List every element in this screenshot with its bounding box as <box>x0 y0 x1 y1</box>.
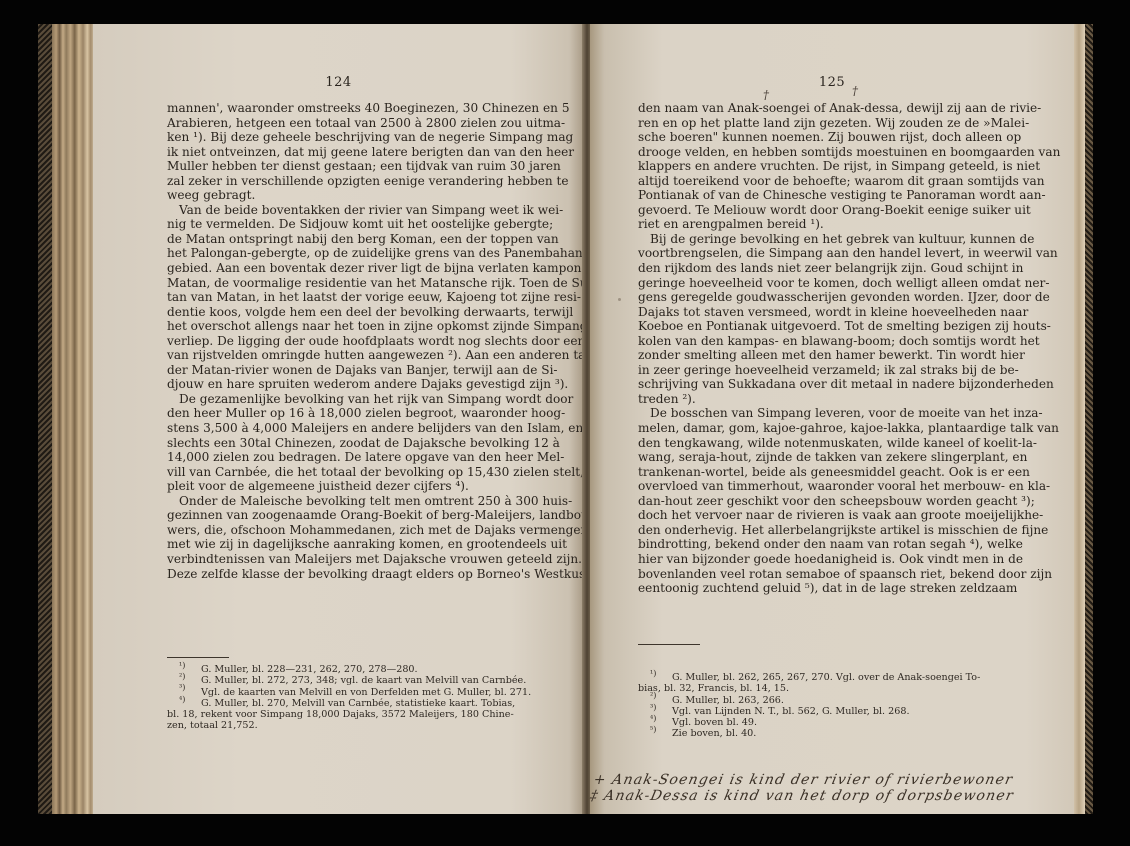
text-line: met wie zij in dagelijksche aanraking ko… <box>167 537 537 552</box>
page-edges-right <box>1073 24 1085 814</box>
footnote: ³)Vgl. van Lijnden N. T., bl. 562, G. Mu… <box>638 706 993 717</box>
text-line: ren en op het platte land zijn gezeten. … <box>638 116 993 131</box>
page-spot <box>618 298 621 301</box>
text-line: van rijstvelden omringde hutten aangewez… <box>167 348 537 363</box>
text-line: weeg gebragt. <box>167 188 537 203</box>
footnote: ¹)G. Muller, bl. 262, 265, 267, 270. Vgl… <box>638 672 993 683</box>
text-line: 14,000 zielen zou bedragen. De latere op… <box>167 450 537 465</box>
text-line: drooge velden, en hebben somtijds moestu… <box>638 145 993 160</box>
text-line: gens geregelde goudwasscherijen gevonden… <box>638 290 993 305</box>
text-line: Onder de Maleische bevolking telt men om… <box>167 494 537 509</box>
text-line: het overschot allengs naar het toen in z… <box>167 319 537 334</box>
footnote: ²)G. Muller, bl. 272, 273, 348; vgl. de … <box>167 675 537 686</box>
text-line: klappers en andere vruchten. De rijst, i… <box>638 159 993 174</box>
text-line: Deze zelfde klasse der bevolking draagt … <box>167 567 537 582</box>
footnote: ²)G. Muller, bl. 263, 266. <box>638 695 993 706</box>
text-line: Matan, de voormalige residentie van het … <box>167 276 537 291</box>
text-line: de Matan ontspringt nabij den berg Koman… <box>167 232 537 247</box>
text-line: altijd toereikend voor de behoefte; waar… <box>638 174 993 189</box>
text-line: bovenlanden veel rotan semaboe of spaans… <box>638 567 993 582</box>
text-line: tan van Matan, in het laatst der vorige … <box>167 290 537 305</box>
body-text: mannen', waaronder omstreeks 40 Boeginez… <box>167 101 537 581</box>
handwritten-annotation: + Anak-Soengei is kind der rivier of riv… <box>589 772 1066 804</box>
footnote-divider <box>167 657 229 658</box>
text-line: overvloed van timmerhout, waaronder voor… <box>638 479 993 494</box>
text-line: voortbrengselen, die Simpang aan den han… <box>638 246 993 261</box>
footnote-continuation: zen, totaal 21,752. <box>167 720 537 731</box>
text-line: hier van bijzonder goede hoedanigheid is… <box>638 552 993 567</box>
text-line: bindrotting, bekend onder den naam van r… <box>638 537 993 552</box>
text-line: gevoerd. Te Meliouw wordt door Orang-Boe… <box>638 203 993 218</box>
text-line: den rijkdom des lands niet zeer belangri… <box>638 261 993 276</box>
text-line: trankenan-wortel, beide als geneesmiddel… <box>638 465 993 480</box>
text-line: gebied. Aan een boventak dezer river lig… <box>167 261 537 276</box>
text-line: riet en arengpalmen bereid ¹). <box>638 217 993 232</box>
text-line: djouw en hare spruiten wederom andere Da… <box>167 377 537 392</box>
text-line: mannen', waaronder omstreeks 40 Boeginez… <box>167 101 537 116</box>
text-line: nig te vermelden. De Sidjouw komt uit he… <box>167 217 537 232</box>
text-line: vill van Carnbée, die het totaal der bev… <box>167 465 537 480</box>
text-line: Arabieren, hetgeen een totaal van 2500 à… <box>167 116 537 131</box>
footnote-continuation: bl. 18, rekent voor Simpang 18,000 Dajak… <box>167 709 537 720</box>
text-line: zal zeker in verschillende opzigten eeni… <box>167 174 537 189</box>
text-line: schrijving van Sukkadana over dit metaal… <box>638 377 993 392</box>
text-line: den heer Muller op 16 à 18,000 zielen be… <box>167 406 537 421</box>
text-line: geringe hoeveelheid voor te komen, doch … <box>638 276 993 291</box>
text-line: in zeer geringe hoeveelheid verzameld; i… <box>638 363 993 378</box>
text-line: De bosschen van Simpang leveren, voor de… <box>638 406 993 421</box>
text-line: den onderhevig. Het allerbelangrijkste a… <box>638 523 993 538</box>
text-line: verbindtenissen van Maleijers met Dajaks… <box>167 552 537 567</box>
text-line: doch het vervoer naar de rivieren is vaa… <box>638 508 993 523</box>
right-page: 125 † † den naam van Anak-soengei of Ana… <box>590 24 1074 814</box>
pencil-mark: † <box>852 84 858 98</box>
text-line: Dajaks tot staven versmeed, wordt in kle… <box>638 305 993 320</box>
body-text: den naam van Anak-soengei of Anak-dessa,… <box>638 101 993 596</box>
text-line: sche boeren" kunnen noemen. Zij bouwen r… <box>638 130 993 145</box>
page-edges-left <box>52 24 94 814</box>
page-number: 125 <box>590 75 1074 90</box>
text-line: den naam van Anak-soengei of Anak-dessa,… <box>638 101 993 116</box>
footnote-continuation: bias, bl. 32, Francis, bl. 14, 15. <box>638 683 993 694</box>
text-line: stens 3,500 à 4,000 Maleijers en andere … <box>167 421 537 436</box>
text-line: Bij de geringe bevolking en het gebrek v… <box>638 232 993 247</box>
text-line: ken ¹). Bij deze geheele beschrijving va… <box>167 130 537 145</box>
footnote: ⁵)Zie boven, bl. 40. <box>638 728 993 739</box>
text-line: Koeboe en Pontianak uitgevoerd. Tot de s… <box>638 319 993 334</box>
footnote: ³)Vgl. de kaarten van Melvill en von Der… <box>167 687 537 698</box>
footnotes: ¹)G. Muller, bl. 228—231, 262, 270, 278—… <box>167 664 537 732</box>
text-line: der Matan-rivier wonen de Dajaks van Ban… <box>167 363 537 378</box>
text-line: het Palongan-gebergte, op de zuidelijke … <box>167 246 537 261</box>
text-line: zonder smelting alleen met den hamer bew… <box>638 348 993 363</box>
text-line: Pontianak of van de Chinesche vestiging … <box>638 188 993 203</box>
text-line: dentie koos, volgde hem een deel der bev… <box>167 305 537 320</box>
page-number: 124 <box>93 75 584 90</box>
pencil-mark: † <box>763 88 769 102</box>
text-line: gezinnen van zoogenaamde Orang-Boekit of… <box>167 508 537 523</box>
text-line: wers, die, ofschoon Mohammedanen, zich m… <box>167 523 537 538</box>
text-line: slechts een 30tal Chinezen, zoodat de Da… <box>167 436 537 451</box>
text-line: verliep. De ligging der oude hoofdplaats… <box>167 334 537 349</box>
handwritten-note: + Anak-Soengei is kind der rivier of riv… <box>592 772 1065 788</box>
footnote: ¹)G. Muller, bl. 228—231, 262, 270, 278—… <box>167 664 537 675</box>
text-line: melen, damar, gom, kajoe-gahroe, kajoe-l… <box>638 421 993 436</box>
text-line: den tengkawang, wilde notenmuskaten, wil… <box>638 436 993 451</box>
left-page: 124 mannen', waaronder omstreeks 40 Boeg… <box>93 24 584 814</box>
text-line: pleit voor de algemeene juistheid dezer … <box>167 479 537 494</box>
footnote: ⁴)G. Muller, bl. 270, Melvill van Carnbé… <box>167 698 537 709</box>
footnotes: ¹)G. Muller, bl. 262, 265, 267, 270. Vgl… <box>638 672 993 740</box>
text-line: eentoonig zuchtend geluid ⁵), dat in de … <box>638 581 993 596</box>
text-line: Van de beide boventakken der rivier van … <box>167 203 537 218</box>
text-line: ik niet ontveinzen, dat mij geene latere… <box>167 145 537 160</box>
text-line: Muller hebben ter dienst gestaan; een ti… <box>167 159 537 174</box>
text-line: dan-hout zeer geschikt voor den scheepsb… <box>638 494 993 509</box>
footnote: ⁴)Vgl. boven bl. 49. <box>638 717 993 728</box>
footnote-divider <box>638 644 700 645</box>
text-line: De gezamenlijke bevolking van het rijk v… <box>167 392 537 407</box>
text-line: kolen van den kampas- en blawang-boom; d… <box>638 334 993 349</box>
handwritten-note: ‡ Anak-Dessa is kind van het dorp of dor… <box>589 788 1062 804</box>
text-line: treden ²). <box>638 392 993 407</box>
text-line: wang, seraja-hout, zijnde de takken van … <box>638 450 993 465</box>
